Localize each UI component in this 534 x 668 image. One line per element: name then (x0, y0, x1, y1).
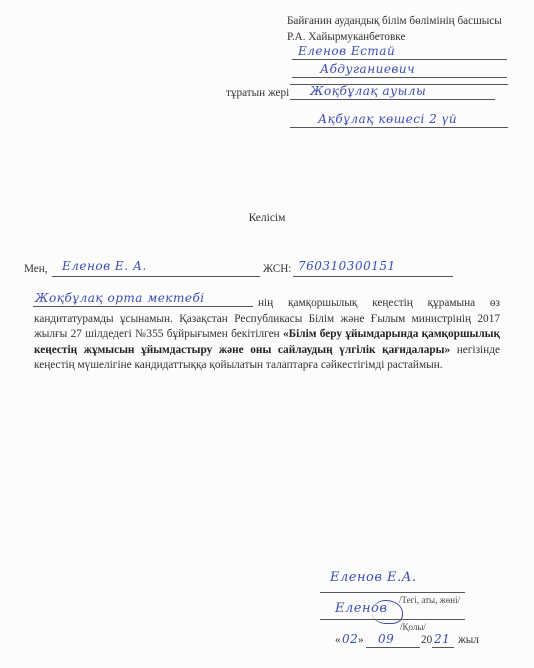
sender-patronymic-handwritten: Абдуганиевич (320, 62, 415, 76)
full-name-line (52, 276, 260, 277)
signature-line (320, 619, 465, 620)
full-name-handwritten: Еленов Е. А. (62, 259, 147, 273)
document-page: Байғанин аудандық білім бөлімінің басшыс… (0, 0, 534, 668)
addressee-line1: Байғанин аудандық білім бөлімінің басшыс… (287, 15, 502, 27)
residence-label: тұратын жері (226, 87, 289, 99)
iin-label: ЖСН: (263, 263, 291, 275)
residence-line2-handwritten: Ақбұлақ көшесі 2 үй (318, 112, 457, 126)
consent-paragraph: нің қамқоршылық кеңестің құрамына өз кан… (34, 296, 500, 374)
me-label: Мен, (24, 263, 48, 275)
date-month-handwritten: 09 (378, 632, 394, 646)
signature-caption: /Қолы/ (400, 622, 426, 632)
residence-line1-handwritten: Жоқбұлақ ауылы (310, 84, 426, 98)
sender-patronymic-line (292, 77, 507, 78)
date-open-quote: « (335, 634, 341, 646)
sender-name-line (292, 59, 507, 60)
date-close-quote: » (358, 634, 364, 646)
residence-line1 (290, 99, 495, 100)
date-day-handwritten: 02 (342, 632, 358, 646)
addressee-line2: Р.А. Хайырмуканбетовке (287, 31, 405, 43)
signatory-name-caption: /Тегі, аты, жөні/ (399, 595, 460, 605)
sender-name-handwritten: Еленов Естай (298, 44, 395, 58)
signatory-name-handwritten: Еленов Е.А. (330, 570, 417, 585)
iin-value-handwritten: 760310300151 (298, 259, 396, 273)
date-month-line (366, 647, 420, 648)
signature-flourish (372, 600, 403, 624)
date-year-word: жыл (458, 634, 479, 646)
date-year-suffix-handwritten: 21 (434, 632, 450, 646)
document-title: Келісім (0, 212, 534, 224)
residence-line2 (290, 127, 508, 128)
signatory-name-line (320, 592, 465, 593)
iin-line (293, 276, 453, 277)
date-year-prefix: 20 (421, 634, 432, 646)
date-year-line (432, 647, 454, 648)
